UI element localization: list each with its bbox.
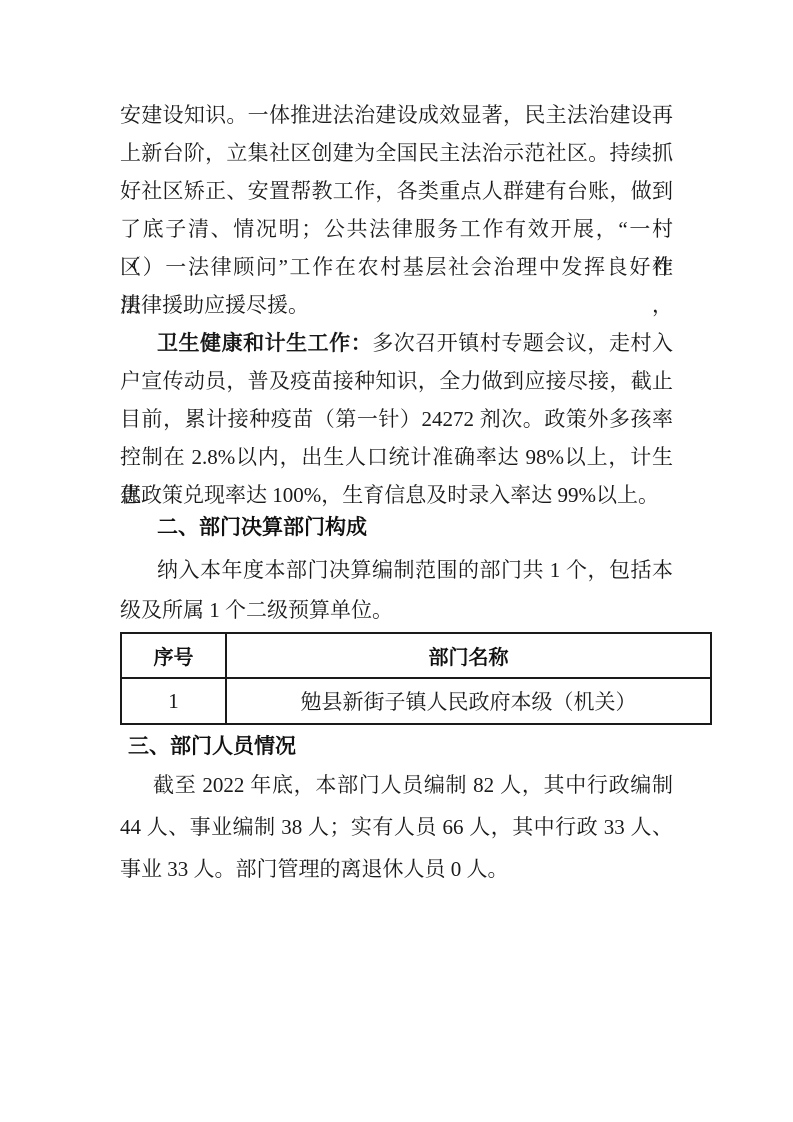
body-line: 事业 33 人。部门管理的离退休人员 0 人。 — [120, 848, 673, 890]
paragraph-health-family-planning: 卫生健康和计生工作：多次召开镇村专题会议，走村入 户宣传动员，普及疫苗接种知识，… — [120, 324, 673, 514]
table-header-serial: 序号 — [121, 633, 226, 678]
table-cell-serial: 1 — [121, 678, 226, 724]
body-line: 44 人、事业编制 38 人；实有人员 66 人，其中行政 33 人、 — [120, 806, 673, 848]
paragraph-dept-composition: 纳入本年度本部门决算编制范围的部门共 1 个，包括本 级及所属 1 个二级预算单… — [120, 550, 673, 630]
document-page: 安建设知识。一体推进法治建设成效显著，民主法治建设再 上新台阶，立集社区创建为全… — [0, 0, 793, 1122]
body-line: 上新台阶，立集社区创建为全国民主法治示范社区。持续抓 — [120, 134, 673, 172]
body-line: 截至 2022 年底，本部门人员编制 82 人，其中行政编制 — [120, 764, 673, 806]
body-line: 级及所属 1 个二级预算单位。 — [120, 590, 673, 630]
body-line: 区）一法律顾问”工作在农村基层社会治理中发挥良好作用， — [120, 248, 673, 286]
body-line: 控制在 2.8%以内，出生人口统计准确率达 98%以上，计生优 — [120, 438, 673, 476]
body-line: 惠政策兑现率达 100%，生育信息及时录入率达 99%以上。 — [120, 476, 673, 514]
paragraph-legal-construction: 安建设知识。一体推进法治建设成效显著，民主法治建设再 上新台阶，立集社区创建为全… — [120, 96, 673, 324]
table-header-row: 序号 部门名称 — [121, 633, 711, 678]
section-heading-dept-composition: 二、部门决算部门构成 — [120, 516, 710, 540]
body-line: 好社区矫正、安置帮教工作，各类重点人群建有台账，做到 — [120, 172, 673, 210]
table-header-dept-name: 部门名称 — [226, 633, 711, 678]
paragraph-lead-bold: 卫生健康和计生工作： — [157, 331, 372, 355]
table-row: 1 勉县新街子镇人民政府本级（机关） — [121, 678, 711, 724]
department-table: 序号 部门名称 1 勉县新街子镇人民政府本级（机关） — [120, 632, 712, 725]
body-line: 安建设知识。一体推进法治建设成效显著，民主法治建设再 — [120, 96, 673, 134]
body-line: 纳入本年度本部门决算编制范围的部门共 1 个，包括本 — [120, 550, 673, 590]
body-line: 了底子清、情况明；公共法律服务工作有效开展，“一村（社 — [120, 210, 673, 248]
body-line-text: 多次召开镇村专题会议，走村入 — [372, 331, 673, 355]
paragraph-personnel: 截至 2022 年底，本部门人员编制 82 人，其中行政编制 44 人、事业编制… — [120, 764, 673, 890]
section-heading-personnel: 三、部门人员情况 — [120, 735, 681, 759]
body-line: 卫生健康和计生工作：多次召开镇村专题会议，走村入 — [120, 324, 673, 362]
body-line: 目前，累计接种疫苗（第一针）24272 剂次。政策外多孩率 — [120, 400, 673, 438]
table-cell-dept-name: 勉县新街子镇人民政府本级（机关） — [226, 678, 711, 724]
body-line: 户宣传动员，普及疫苗接种知识，全力做到应接尽接，截止 — [120, 362, 673, 400]
